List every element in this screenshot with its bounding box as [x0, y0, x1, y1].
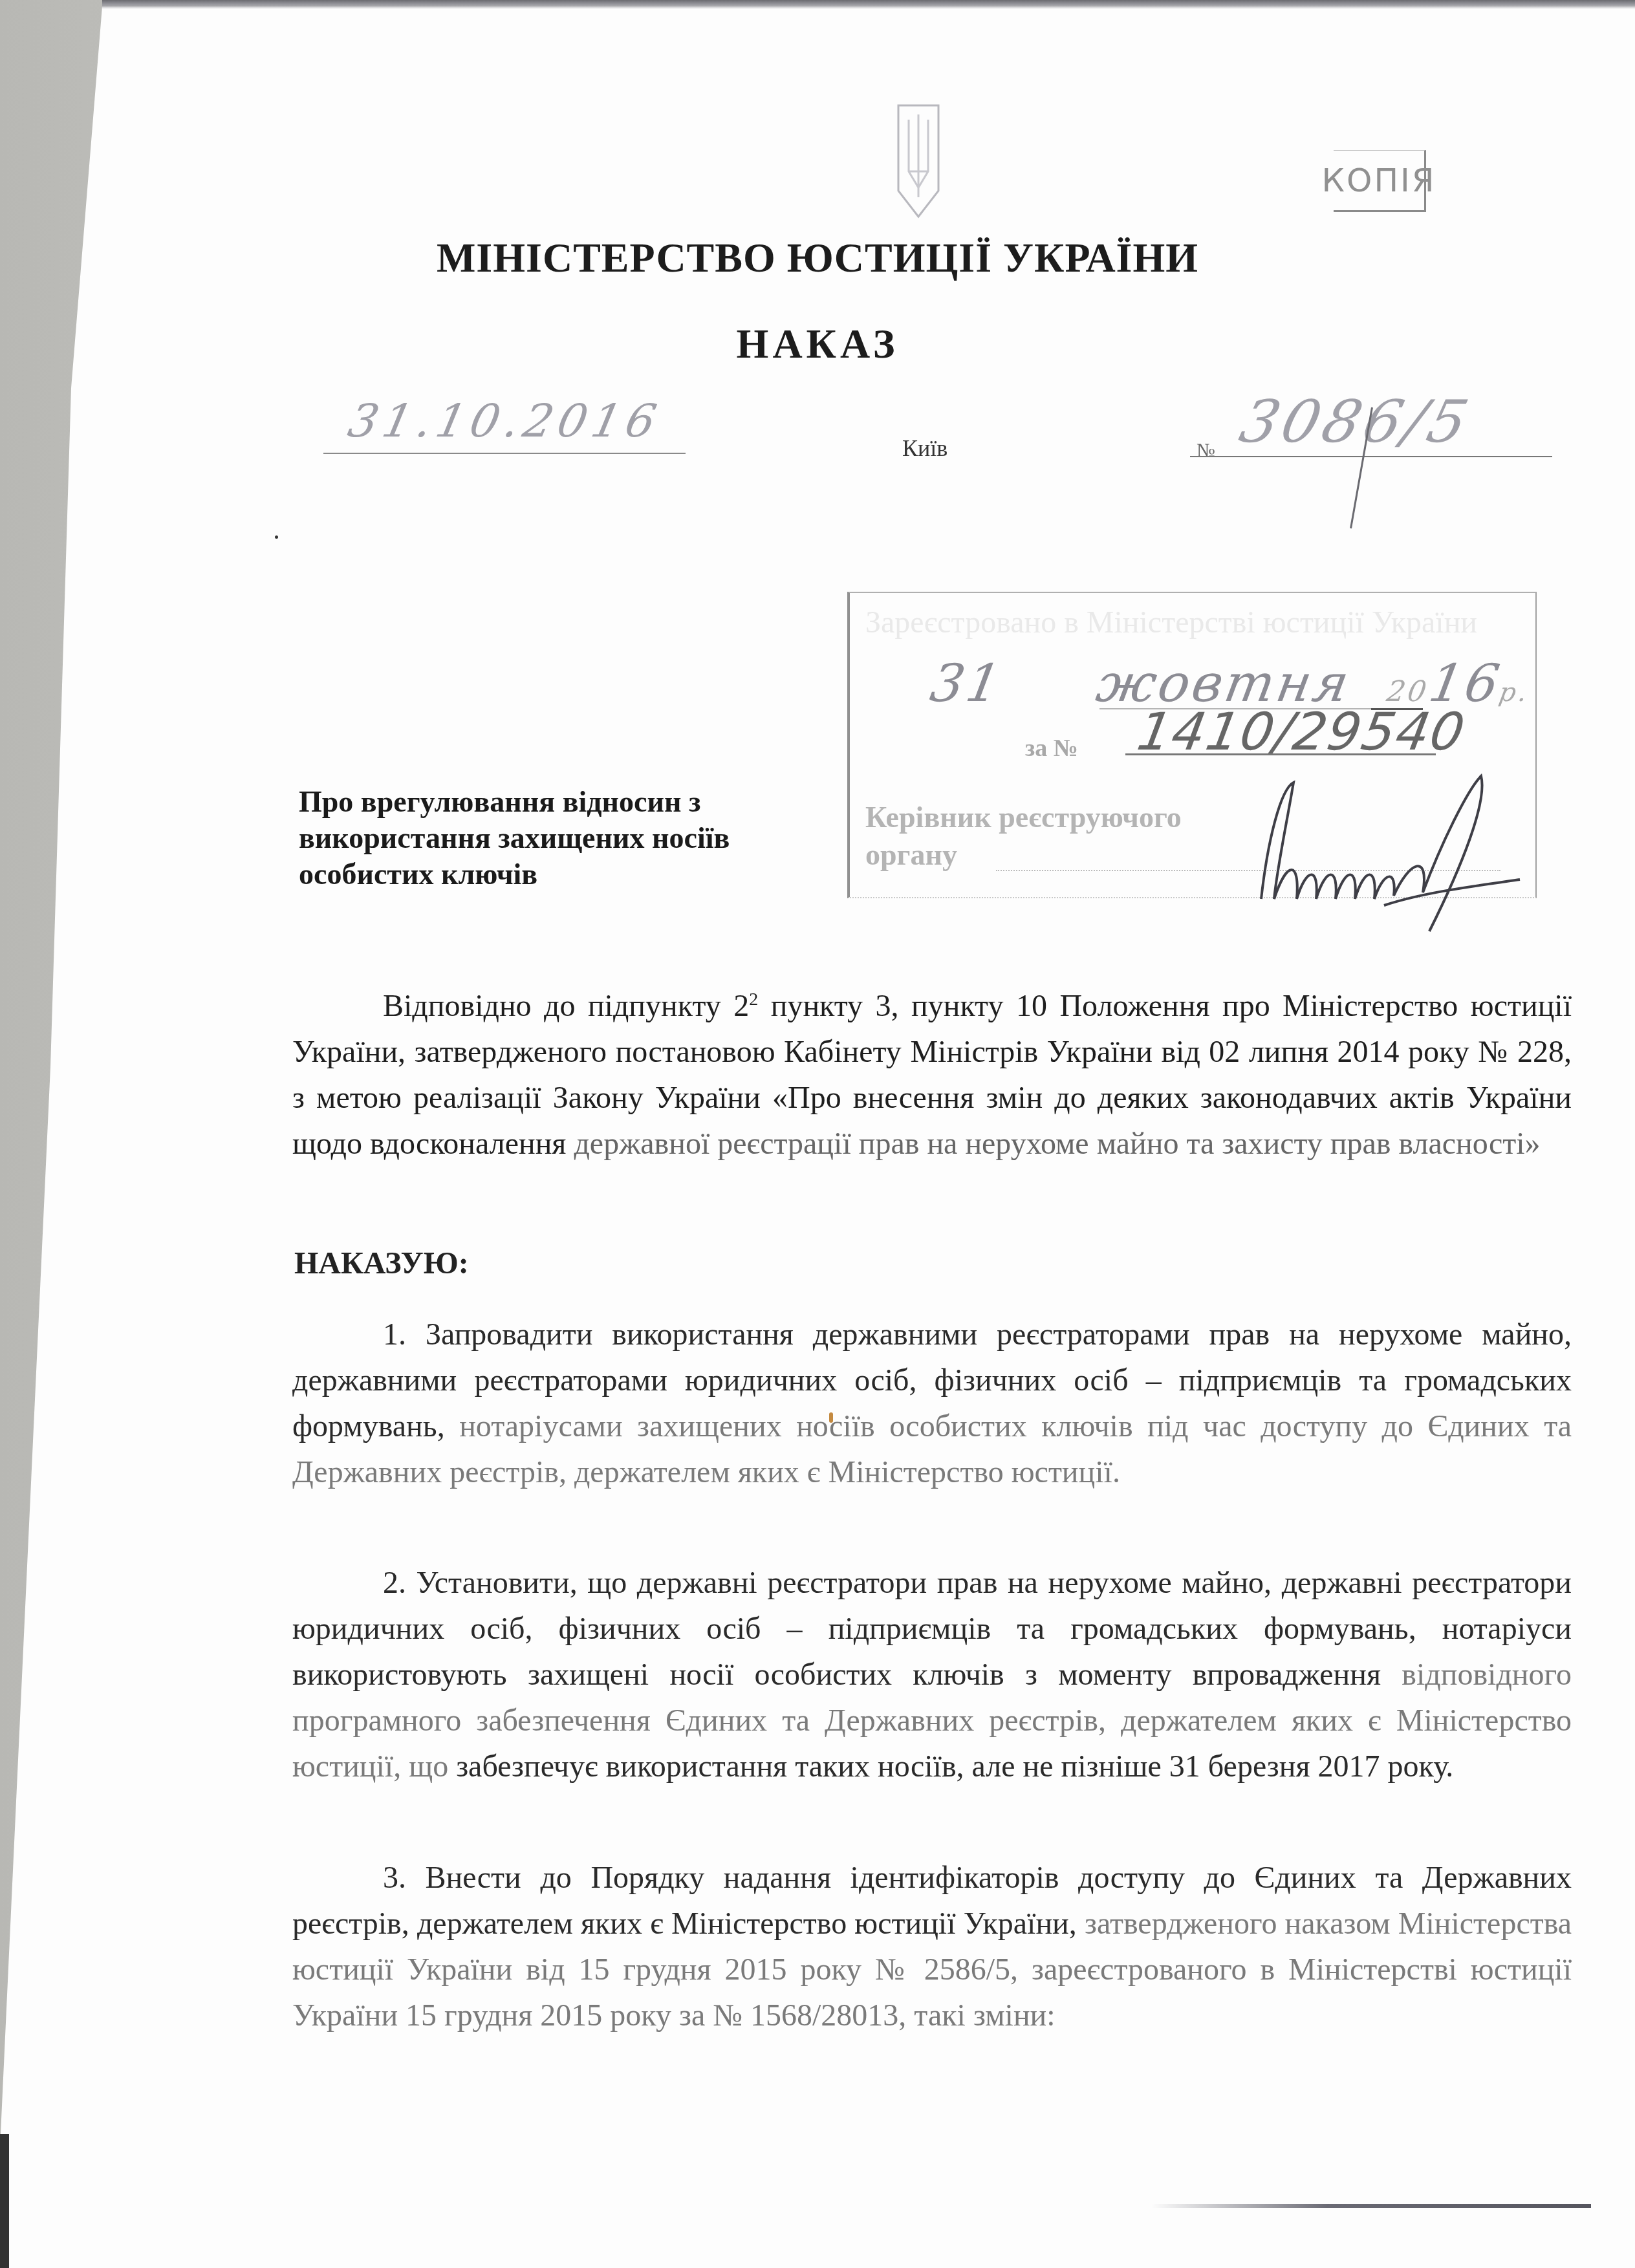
order-word: НАКАЗУЮ: [294, 1246, 469, 1281]
date-underline [323, 453, 686, 454]
document-type: НАКАЗ [0, 320, 1635, 368]
order-number-handwritten: 3086/5 [1233, 388, 1478, 456]
registration-stamp-header: Зареєстровано в Міністерстві юстиції Укр… [865, 605, 1525, 640]
copy-stamp-label: КОПІЯ [1322, 162, 1436, 199]
registration-number-label: за № [1025, 734, 1078, 762]
order-item-1: 1. Запровадити використання державними р… [292, 1312, 1572, 1495]
signature [1216, 763, 1539, 938]
ink-speck [829, 1412, 833, 1423]
order-date-handwritten: 31.10.2016 [343, 394, 666, 448]
preamble-paragraph: Відповідно до підпункту 22 пункту 3, пун… [292, 977, 1572, 1167]
city: Київ [902, 435, 947, 462]
scanner-edge [0, 2134, 9, 2268]
page-bottom-rule [1151, 2204, 1591, 2208]
order-item-2: 2. Установити, що державні реєстратори п… [292, 1560, 1572, 1789]
number-label: № [1196, 440, 1215, 462]
order-subject: Про врегулювання відносин з використання… [299, 784, 730, 892]
number-underline [1190, 456, 1552, 457]
dot-mark [275, 535, 278, 539]
stamp-header-left: Зареєстровано в Міністерстві юстиції Укр… [865, 605, 1477, 640]
registration-head-label: Керівник реєструючого органу [865, 799, 1182, 874]
coat-of-arms-icon [896, 100, 941, 220]
order-item-3: 3. Внести до Порядку надання ідентифікат… [292, 1855, 1572, 2038]
number-underline [1125, 753, 1436, 755]
copy-stamp: КОПІЯ [1334, 150, 1426, 212]
ministry-name: МІНІСТЕРСТВО ЮСТИЦІЇ УКРАЇНИ [0, 234, 1635, 282]
page-top-edge [102, 0, 1635, 9]
